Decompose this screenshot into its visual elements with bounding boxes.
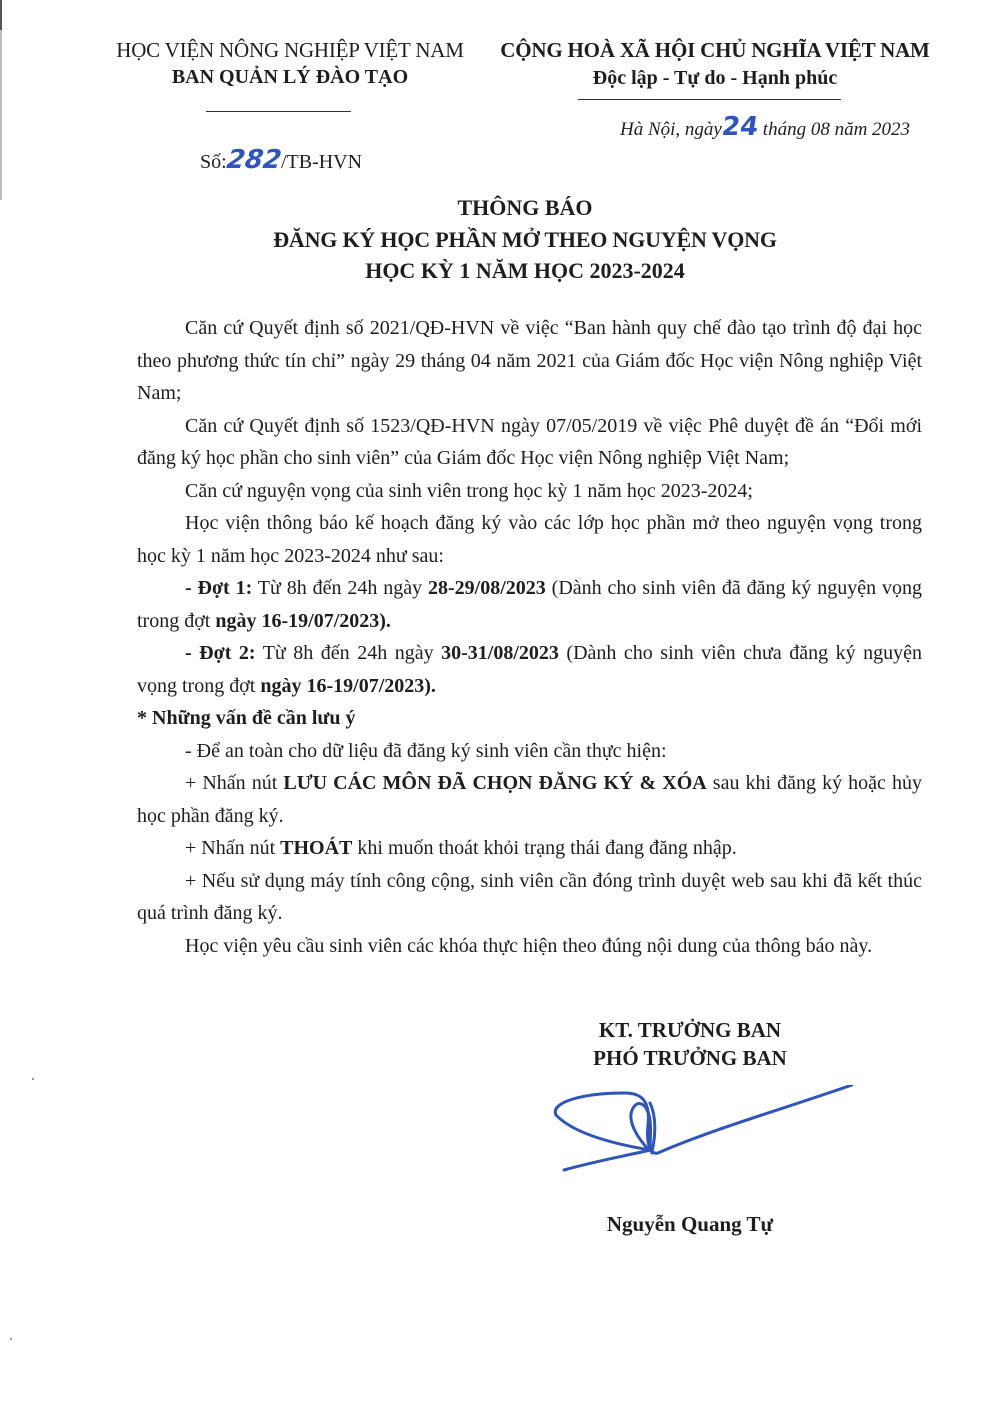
save-button-name: LƯU CÁC MÔN ĐÃ CHỌN ĐĂNG KÝ & XÓA bbox=[283, 772, 706, 794]
doc-subtitle-term: HỌC KỲ 1 NĂM HỌC 2023-2024 bbox=[250, 258, 800, 284]
national-motto: Độc lập - Tự do - Hạnh phúc bbox=[490, 67, 940, 90]
note-1: + Nhấn nút LƯU CÁC MÔN ĐÃ CHỌN ĐĂNG KÝ &… bbox=[137, 767, 922, 832]
handwritten-day: 24 bbox=[720, 112, 760, 142]
note-3: + Nếu sử dụng máy tính công cộng, sinh v… bbox=[137, 865, 922, 930]
round-1-label: - Đợt 1: bbox=[185, 577, 252, 599]
document-body: Căn cứ Quyết định số 2021/QĐ-HVN về việc… bbox=[137, 312, 922, 962]
document-number: Số:282/TB-HVN bbox=[200, 145, 362, 175]
round-1-date: 28-29/08/2023 bbox=[428, 577, 546, 599]
round-1: - Đợt 1: Từ 8h đến 24h ngày 28-29/08/202… bbox=[137, 572, 922, 637]
signer-title: KT. TRƯỞNG BAN bbox=[500, 1018, 880, 1043]
org-name: HỌC VIỆN NÔNG NGHIỆP VIỆT NAM bbox=[90, 38, 490, 63]
basis-paragraph-1: Căn cứ Quyết định số 2021/QĐ-HVN về việc… bbox=[137, 312, 922, 410]
round-2: - Đợt 2: Từ 8h đến 24h ngày 30-31/08/202… bbox=[137, 637, 922, 702]
note-2: + Nhấn nút THOÁT khi muốn thoát khỏi trạ… bbox=[137, 832, 922, 865]
header-divider-right bbox=[578, 99, 841, 100]
round-1-text: Từ 8h đến 24h ngày bbox=[252, 577, 428, 599]
document-number-prefix: Số: bbox=[200, 151, 227, 173]
round-1-ref: ngày 16-19/07/2023). bbox=[215, 610, 391, 632]
doc-title: THÔNG BÁO bbox=[250, 195, 800, 221]
round-2-ref: ngày 16-19/07/2023). bbox=[260, 675, 436, 697]
plan-paragraph: Học viện thông báo kế hoạch đăng ký vào … bbox=[137, 507, 922, 572]
round-2-label: - Đợt 2: bbox=[185, 642, 256, 664]
date-prefix: Hà Nội, ngày bbox=[620, 119, 722, 140]
nation-title: CỘNG HOÀ XÃ HỘI CHỦ NGHĨA VIỆT NAM bbox=[490, 38, 940, 63]
notes-heading: * Những vấn đề cần lưu ý bbox=[137, 707, 356, 729]
issue-date: Hà Nội, ngày24 tháng 08 năm 2023 bbox=[620, 112, 910, 142]
date-suffix: tháng 08 năm 2023 bbox=[758, 119, 910, 140]
scan-speck bbox=[10, 1338, 12, 1340]
round-2-text: Từ 8h đến 24h ngày bbox=[256, 642, 442, 664]
signer-name: Nguyễn Quang Tự bbox=[500, 1212, 880, 1237]
note-intro: - Để an toàn cho dữ liệu đã đăng ký sinh… bbox=[137, 735, 922, 768]
signer-position: PHÓ TRƯỞNG BAN bbox=[500, 1046, 880, 1071]
department-name: BAN QUẢN LÝ ĐÀO TẠO bbox=[90, 66, 490, 89]
basis-paragraph-3: Căn cứ nguyện vọng của sinh viên trong h… bbox=[137, 475, 922, 508]
scan-edge bbox=[0, 0, 2, 200]
signature-icon bbox=[540, 1085, 860, 1185]
document-number-suffix: /TB-HVN bbox=[281, 151, 362, 173]
closing-paragraph: Học viện yêu cầu sinh viên các khóa thực… bbox=[137, 930, 922, 963]
handwritten-number: 282 bbox=[225, 145, 283, 175]
round-2-date: 30-31/08/2023 bbox=[441, 642, 559, 664]
logout-button-name: THOÁT bbox=[280, 837, 352, 859]
doc-subtitle: ĐĂNG KÝ HỌC PHẦN MỞ THEO NGUYỆN VỌNG bbox=[240, 227, 810, 253]
header-divider-left bbox=[206, 111, 351, 112]
basis-paragraph-2: Căn cứ Quyết định số 1523/QĐ-HVN ngày 07… bbox=[137, 410, 922, 475]
scan-speck bbox=[32, 1078, 34, 1080]
